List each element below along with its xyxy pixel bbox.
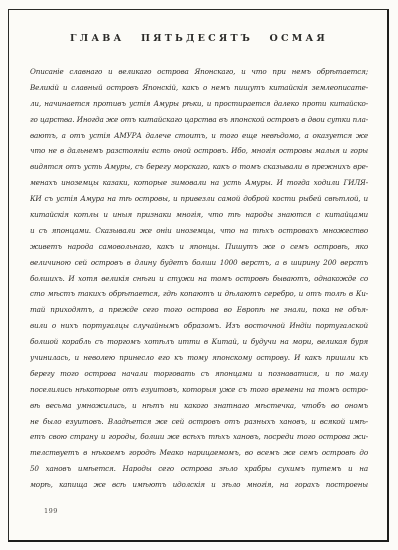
scanned-book-page: ГЛАВА ПЯТЬДЕСЯТЪ ОСМАЯ Описаніе славнаго… [0, 0, 398, 550]
chapter-title: ГЛАВА ПЯТЬДЕСЯТЪ ОСМАЯ [0, 33, 398, 44]
text-line: менахъ иноземцы казаки, которые зимовали… [30, 175, 368, 191]
text-line: и съ японцами. Сказывали же оніи иноземц… [30, 223, 368, 239]
text-line: го царства. Иногда же отъ китайскаго цар… [30, 112, 368, 128]
body-text: Описаніе славнаго и великаго острова Япо… [30, 64, 368, 493]
text-line: етъ свою страну и городы, болши же всѣхъ… [30, 429, 368, 445]
page-number: 199 [44, 507, 58, 515]
text-line: ваютъ, а отъ устія АМУРА далече стоитъ, … [30, 128, 368, 144]
text-line: учинилась, и неволею принесло его къ том… [30, 350, 368, 366]
text-line: не было езуитовъ. Владѣется же сей остро… [30, 414, 368, 430]
text-line: 50 хановъ имѣется. Народы сего острова з… [30, 461, 368, 477]
text-line: живетъ народа самовольнаго, какъ и японц… [30, 239, 368, 255]
text-line: вили о нихъ португалцы случайнымъ образо… [30, 318, 368, 334]
text-line: видятся отъ усть Амуры, съ берегу морска… [30, 159, 368, 175]
text-line: КИ съ устія Амура на тѣ островы, и приве… [30, 191, 368, 207]
text-line: болшой корабль съ торгомъ хотѣлъ итти в … [30, 334, 368, 350]
text-line: поселились нѣкоторые отъ езуитовъ, котор… [30, 382, 368, 398]
text-line: Описаніе славнаго и великаго острова Япо… [30, 64, 368, 80]
text-line: сто мѣстъ такихъ обрѣтается, гдѣ копаютъ… [30, 286, 368, 302]
text-line: берегу того острова начали торговать съ … [30, 366, 368, 382]
text-line: китайскія котлы и иныя признаки многія, … [30, 207, 368, 223]
text-line: телствуетъ в нѣкоемъ городѣ Меако нарица… [30, 445, 368, 461]
text-line: что не в дальнемъ разстояніи есть оной о… [30, 143, 368, 159]
text-line: ли, начинается противъ устія Амуры рѣки,… [30, 96, 368, 112]
text-line: Великій и славный островъ Японскій, какъ… [30, 80, 368, 96]
text-line: болшихъ. И хотя великія снѣги и стужи на… [30, 271, 368, 287]
text-line: величиною сей островъ в длину будетъ бол… [30, 255, 368, 271]
text-line: морѣ, капища же всѣ имѣютъ идолскія и зѣ… [30, 477, 368, 493]
text-line: тай приходятъ, а прежде сего того остров… [30, 302, 368, 318]
text-line: вѣ весьма умножились, и нѣтъ ни какого з… [30, 398, 368, 414]
